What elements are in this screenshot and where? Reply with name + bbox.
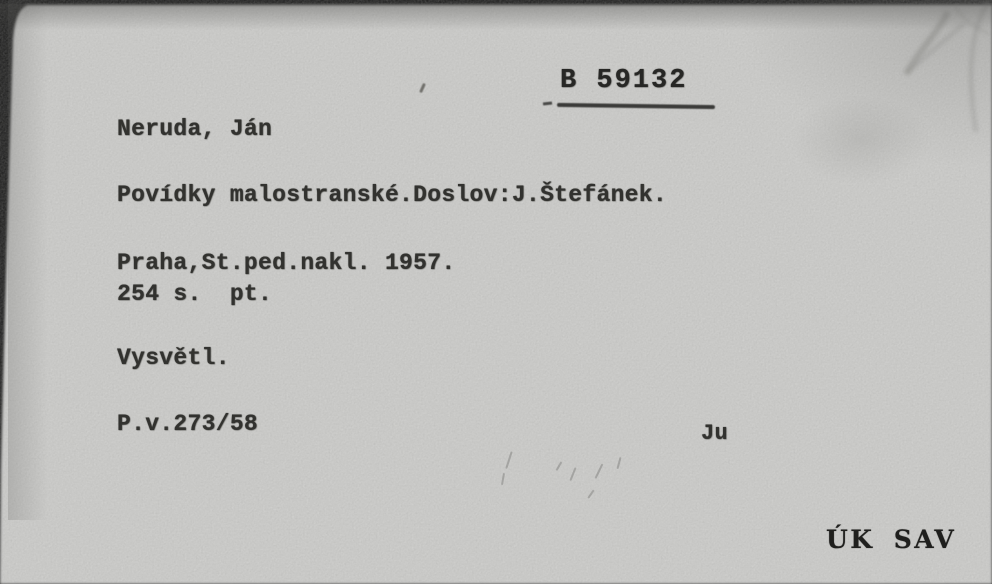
imprint-line: Praha,St.ped.nakl. 1957. bbox=[117, 250, 455, 276]
library-stamp: ÚK SAV bbox=[826, 525, 956, 554]
author-line: Neruda, Ján bbox=[117, 116, 272, 142]
scanned-catalog-card: B 59132 Neruda, Ján Povídky malostranské… bbox=[0, 0, 992, 584]
title-line: Povídky malostranské.Doslov:J.Štefánek. bbox=[117, 182, 667, 208]
call-number: B 59132 bbox=[560, 68, 687, 94]
collation-line: 254 s. pt. bbox=[117, 281, 272, 307]
cataloger-initials: Ju bbox=[701, 421, 728, 447]
note-line: Vysvětl. bbox=[117, 345, 230, 371]
accession-number: P.v.273/58 bbox=[117, 411, 258, 437]
